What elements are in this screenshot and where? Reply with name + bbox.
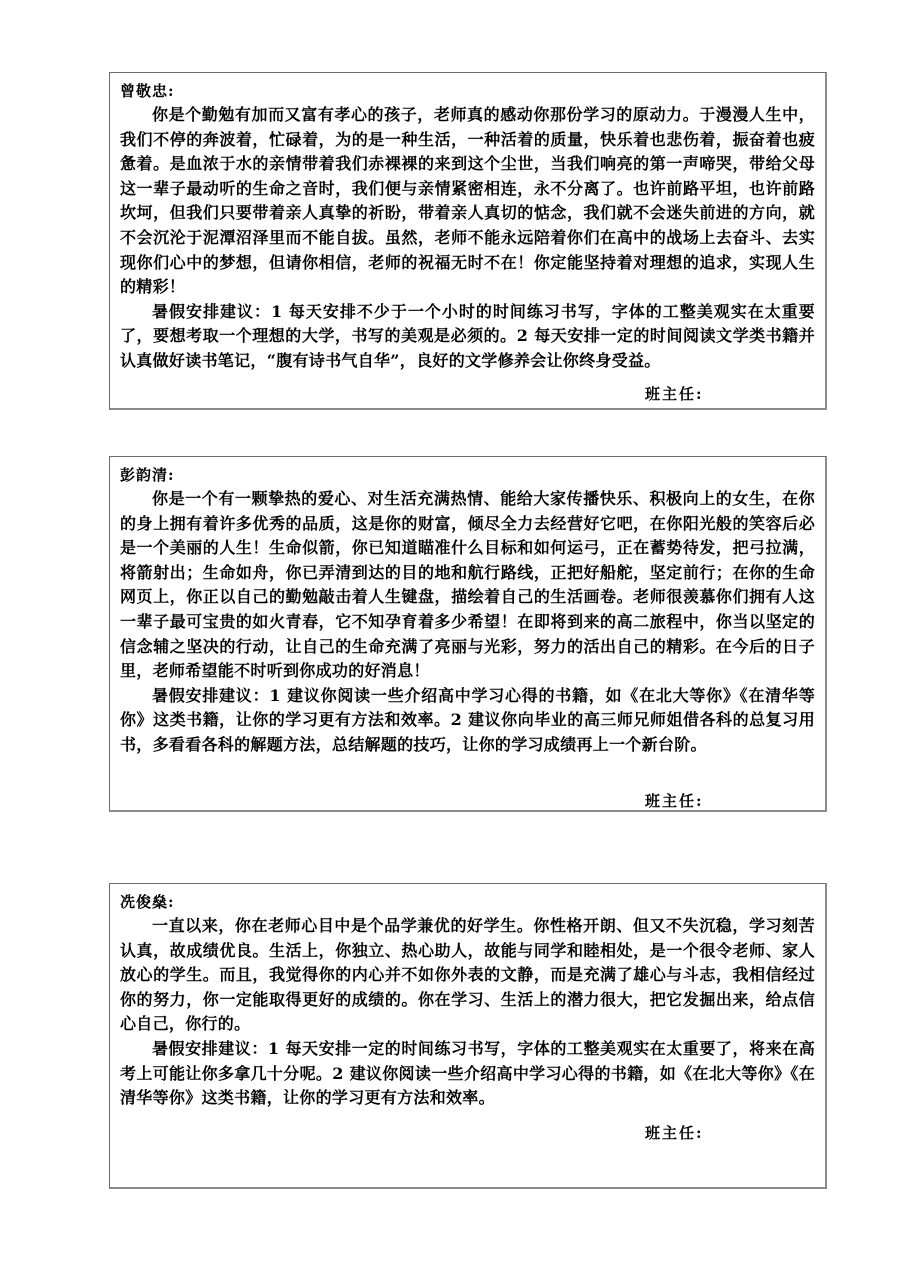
summer-advice-paragraph: 暑假安排建议：1 每天安排一定的时间练习书写，字体的工整美观实在太重要了，将来在… [120,1037,815,1111]
teacher-signature-label: 班主任: [645,790,704,811]
summer-advice-paragraph: 暑假安排建议：1 每天安排不少于一个小时的时间练习书写，字体的工整美观实在太重要… [120,300,815,374]
comment-paragraph: 一直以来，你在老师心目中是个品学兼优的好学生。你性格开朗、但又不失沉稳，学习刻苦… [120,914,815,1037]
comment-box-1: 曾敬忠: 你是个勤勉有加而又富有孝心的孩子，老师真的感动你那份学习的原动力。于漫… [109,72,827,410]
comment-paragraph: 你是一个有一颗挚热的爱心、对生活充满热情、能给大家传播快乐、积极向上的女生，在你… [120,487,815,684]
student-name: 曾敬忠: [120,81,815,101]
summer-advice-paragraph: 暑假安排建议：1 建议你阅读一些介绍高中学习心得的书籍，如《在北大等你》《在清华… [120,684,815,758]
teacher-signature-label: 班主任: [645,1122,704,1143]
comment-box-2: 彭韵清: 你是一个有一颗挚热的爱心、对生活充满热情、能给大家传播快乐、积极向上的… [109,456,827,812]
teacher-signature-label: 班主任: [645,383,704,404]
comment-paragraph: 你是个勤勉有加而又富有孝心的孩子，老师真的感动你那份学习的原动力。于漫漫人生中，… [120,103,815,300]
comment-box-3: 冼俊燊: 一直以来，你在老师心目中是个品学兼优的好学生。你性格开朗、但又不失沉稳… [109,883,827,1189]
student-name: 冼俊燊: [120,892,815,912]
student-name: 彭韵清: [120,465,815,485]
